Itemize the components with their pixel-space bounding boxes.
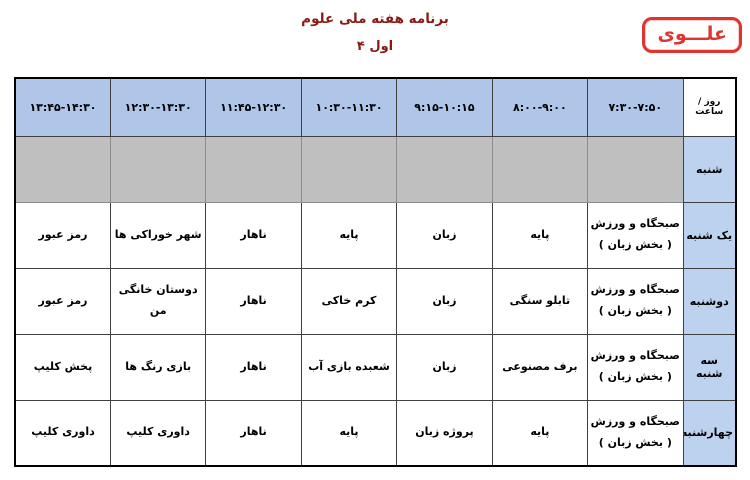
time-range-label: ۷:۳۰-۷:۵۰	[608, 101, 662, 114]
schedule-body: شنبهیک شنبهصبحگاه و ورزش ( بخش زبان )پای…	[15, 136, 736, 466]
schedule-cell	[206, 136, 301, 202]
schedule-cell: شهر خوراکی ها	[110, 202, 205, 268]
title-block: برنامه هفته ملی علوم اول ۴	[0, 0, 750, 54]
schedule-cell: تابلو سنگی	[492, 268, 587, 334]
schedule-cell: پایه	[301, 202, 396, 268]
schedule-cell: پروژه زبان	[397, 400, 492, 466]
time-range-label: ۱۰:۳۰-۱۱:۳۰	[315, 101, 382, 114]
schedule-cell: زبان	[397, 268, 492, 334]
alavi-logo-text: علـــوی	[657, 23, 727, 45]
time-column-header: ۹:۱۵-۱۰:۱۵	[397, 78, 492, 136]
schedule-cell: داوری کلیپ	[110, 400, 205, 466]
schedule-cell: داوری کلیپ	[15, 400, 110, 466]
time-range-label: ۱۱:۴۵-۱۲:۳۰	[220, 101, 287, 114]
table-head: روز / ساعت ۷:۳۰-۷:۵۰۸:۰۰-۹:۰۰۹:۱۵-۱۰:۱۵۱…	[15, 78, 736, 136]
schedule-cell: ناهار	[206, 400, 301, 466]
schedule-cell: کرم خاکی	[301, 268, 396, 334]
time-column-header: ۱۰:۳۰-۱۱:۳۰	[301, 78, 396, 136]
time-column-header: ۱۲:۳۰-۱۳:۳۰	[110, 78, 205, 136]
schedule-cell: ناهار	[206, 202, 301, 268]
schedule-cell	[110, 136, 205, 202]
schedule-cell: بازی رنگ ها	[110, 334, 205, 400]
schedule-page: برنامه هفته ملی علوم اول ۴ علـــوی روز /…	[0, 0, 750, 480]
schedule-cell: ناهار	[206, 334, 301, 400]
schedule-cell	[588, 136, 683, 202]
time-column-header: ۷:۳۰-۷:۵۰	[588, 78, 683, 136]
time-column-header: ۱۱:۴۵-۱۲:۳۰	[206, 78, 301, 136]
time-column-header: ۱۳:۴۵-۱۴:۳۰	[15, 78, 110, 136]
day-cell: سه شنبه	[683, 334, 736, 400]
page-subtitle: اول ۴	[0, 39, 750, 54]
schedule-cell: زبان	[397, 334, 492, 400]
corner-header-day-time: روز / ساعت	[683, 78, 736, 136]
schedule-table: روز / ساعت ۷:۳۰-۷:۵۰۸:۰۰-۹:۰۰۹:۱۵-۱۰:۱۵۱…	[14, 77, 737, 467]
schedule-cell: برف مصنوعی	[492, 334, 587, 400]
schedule-cell: پایه	[492, 202, 587, 268]
day-cell: دوشنبه	[683, 268, 736, 334]
table-row: سه شنبهصبحگاه و ورزش ( بخش زبان )برف مصن…	[15, 334, 736, 400]
table-header-row: روز / ساعت ۷:۳۰-۷:۵۰۸:۰۰-۹:۰۰۹:۱۵-۱۰:۱۵۱…	[15, 78, 736, 136]
day-cell: شنبه	[683, 136, 736, 202]
day-cell: یک شنبه	[683, 202, 736, 268]
time-range-label: ۹:۱۵-۱۰:۱۵	[414, 101, 474, 114]
schedule-cell: پایه	[492, 400, 587, 466]
schedule-cell: شعبده بازی آب	[301, 334, 396, 400]
schedule-cell: پخش کلیپ	[15, 334, 110, 400]
page-title: برنامه هفته ملی علوم	[0, 11, 750, 27]
time-column-header: ۸:۰۰-۹:۰۰	[492, 78, 587, 136]
schedule-cell: دوستان خانگی من	[110, 268, 205, 334]
schedule-cell: پایه	[301, 400, 396, 466]
table-row: شنبه	[15, 136, 736, 202]
time-range-label: ۱۳:۴۵-۱۴:۳۰	[29, 101, 96, 114]
schedule-cell: صبحگاه و ورزش ( بخش زبان )	[588, 334, 683, 400]
schedule-cell: رمز عبور	[15, 268, 110, 334]
table-row: دوشنبهصبحگاه و ورزش ( بخش زبان )تابلو سن…	[15, 268, 736, 334]
schedule-cell	[492, 136, 587, 202]
schedule-cell: صبحگاه و ورزش ( بخش زبان )	[588, 202, 683, 268]
schedule-cell	[301, 136, 396, 202]
schedule-cell: زبان	[397, 202, 492, 268]
time-range-label: ۸:۰۰-۹:۰۰	[513, 101, 567, 114]
page-header: برنامه هفته ملی علوم اول ۴ علـــوی	[0, 0, 750, 77]
schedule-cell: ناهار	[206, 268, 301, 334]
schedule-cell	[15, 136, 110, 202]
time-range-label: ۱۲:۳۰-۱۳:۳۰	[125, 101, 192, 114]
schedule-cell: صبحگاه و ورزش ( بخش زبان )	[588, 400, 683, 466]
table-row: یک شنبهصبحگاه و ورزش ( بخش زبان )پایهزبا…	[15, 202, 736, 268]
day-cell: چهارشنبه	[683, 400, 736, 466]
schedule-cell: صبحگاه و ورزش ( بخش زبان )	[588, 268, 683, 334]
table-row: چهارشنبهصبحگاه و ورزش ( بخش زبان )پایهپر…	[15, 400, 736, 466]
alavi-school-logo: علـــوی	[642, 17, 742, 53]
schedule-cell	[397, 136, 492, 202]
schedule-cell: رمز عبور	[15, 202, 110, 268]
